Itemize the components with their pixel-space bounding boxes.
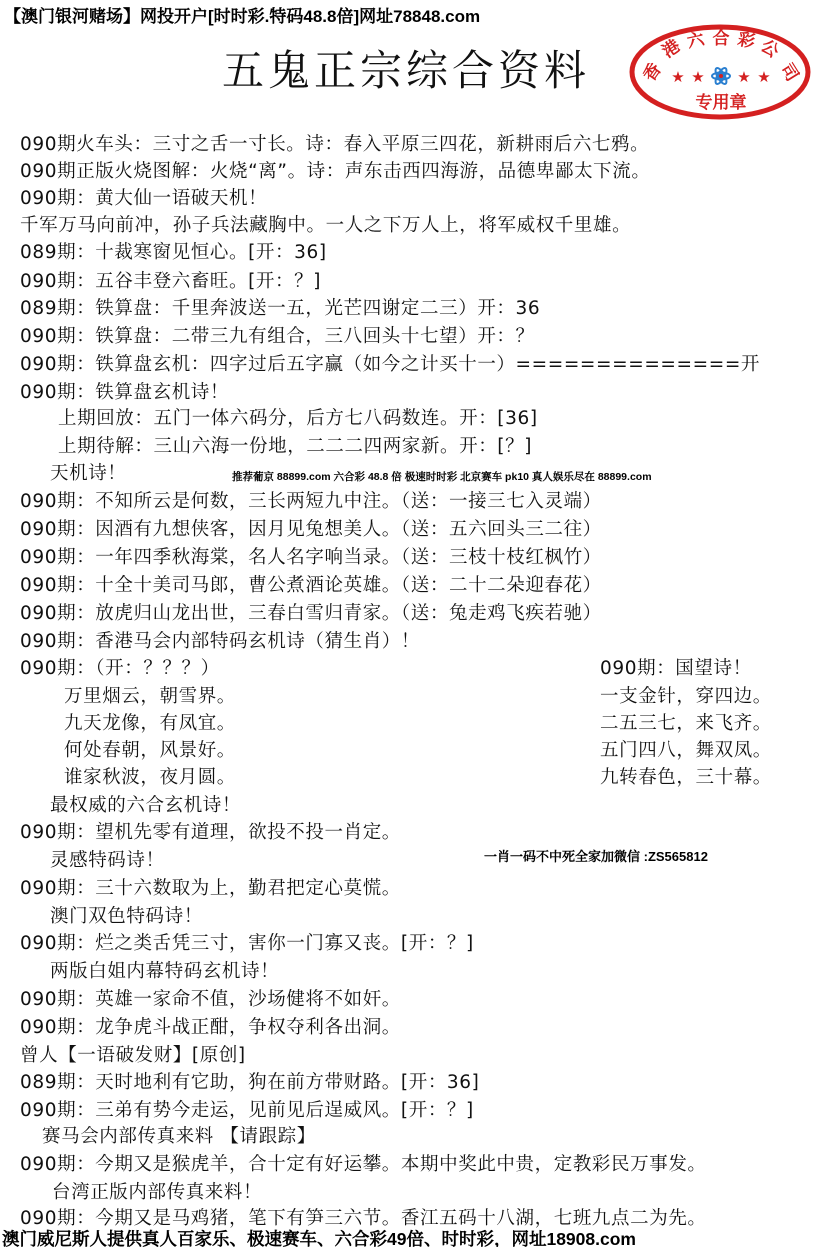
text-line: 上期待解：三山六海一份地，二二二四两家新。开：[？] bbox=[58, 434, 532, 460]
text-line: 澳门双色特码诗！ bbox=[50, 904, 203, 930]
right-poem-line: 一支金针，穿四边。 bbox=[600, 684, 772, 710]
text-line: 090期正版火烧图解：火烧“离”。诗：声东击西四海游，品德卑鄙太下流。 bbox=[20, 159, 650, 185]
text-line: 上期回放：五门一体六码分，后方七八码数连。开：[36] bbox=[58, 406, 538, 432]
text-line: 090期：今期又是猴虎羊，合十定有好运攀。本期中奖此中贵，定教彩民万事发。 bbox=[20, 1152, 707, 1178]
right-poem-title: 090期：国望诗！ bbox=[600, 656, 752, 682]
text-line: 090期：三弟有势今走运，见前见后逞威风。[开：？] bbox=[20, 1098, 474, 1124]
text-line: 089期：十裁寒窗见恒心。[开：36] bbox=[20, 240, 327, 266]
svg-text:★: ★ bbox=[737, 68, 750, 86]
top-ad-banner[interactable]: 【澳门银河赌场】网投开户[时时彩.特码48.8倍]网址78848.com bbox=[4, 2, 480, 27]
text-line: 天机诗！ bbox=[50, 461, 126, 487]
text-line: 090期：英雄一家命不值，沙场健将不如奸。 bbox=[20, 987, 401, 1013]
text-line: 090期：铁算盘：二带三九有组合，三八回头十七望）开：？ bbox=[20, 324, 535, 350]
text-line: 曾人【一语破发财】[原创] bbox=[20, 1043, 246, 1069]
text-line: 090期：望机先零有道理，欲投不投一肖定。 bbox=[20, 820, 401, 846]
text-line: 台湾正版内部传真来料！ bbox=[52, 1180, 262, 1206]
text-line: 090期：龙争虎斗战正酣，争权夺利各出洞。 bbox=[20, 1015, 401, 1041]
mid-ad-link[interactable]: 推荐葡京 88899.com 六合彩 48.8 倍 极速时时彩 北京赛车 pk1… bbox=[232, 469, 652, 484]
text-line: 灵感特码诗！ bbox=[50, 848, 165, 874]
text-line: 090期：（开：？？？） bbox=[20, 656, 220, 682]
right-poem-line: 二五三七，来飞齐。 bbox=[600, 711, 772, 737]
text-line: 090期火车头：三寸之舌一寸长。诗：春入平原三四花，新耕雨后六七鸦。 bbox=[20, 132, 649, 158]
text-line: 090期：三十六数取为上，勤君把定心莫慌。 bbox=[20, 876, 401, 902]
text-line: 两版白姐内幕特码玄机诗！ bbox=[50, 959, 279, 985]
text-line: 万里烟云，朝雪界。 bbox=[64, 684, 236, 710]
text-line: 千军万马向前冲，孙子兵法藏胸中。一人之下万人上，将军威权千里雄。 bbox=[20, 213, 631, 239]
text-line: 090期：黄大仙一语破天机！ bbox=[20, 186, 267, 212]
svg-text:专用章: 专用章 bbox=[696, 92, 747, 113]
text-line: 何处春朝，风景好。 bbox=[64, 738, 236, 764]
text-line: 090期：香港马会内部特码玄机诗（猜生肖）！ bbox=[20, 629, 420, 655]
text-line: 089期：天时地利有它助，狗在前方带财路。[开：36] bbox=[20, 1070, 480, 1096]
svg-text:★: ★ bbox=[691, 68, 704, 86]
text-line: 090期：一年四季秋海棠，名人名字响当录。（送：三枝十枝红枫竹） bbox=[20, 545, 602, 571]
text-line: 090期：烂之类舌凭三寸，害你一门寡又丧。[开：？] bbox=[20, 931, 474, 957]
stamp-icon: 香 港 六 合 彩 公 司 ★★ ★★ 专用章 bbox=[628, 24, 812, 120]
text-line: 赛马会内部传真来料 【请跟踪】 bbox=[42, 1124, 316, 1150]
page-title: 五鬼正宗综合资料 bbox=[222, 38, 590, 98]
text-line: 谁家秋波，夜月圆。 bbox=[64, 765, 236, 791]
svg-text:★: ★ bbox=[757, 68, 770, 86]
company-stamp: 香 港 六 合 彩 公 司 ★★ ★★ 专用章 bbox=[628, 24, 812, 120]
text-line: 090期：因酒有九想侠客，因月见兔想美人。（送：五六回头三二往） bbox=[20, 517, 602, 543]
text-line: 九天龙像，有凤宜。 bbox=[64, 711, 236, 737]
right-poem-line: 五门四八，舞双凤。 bbox=[600, 738, 772, 764]
text-line: 089期：铁算盘：千里奔波送一五，光芒四谢定二三）开：36 bbox=[20, 296, 540, 322]
text-line: 090期：铁算盘玄机：四字过后五字赢（如今之计买十一）=============… bbox=[20, 352, 760, 378]
text-line: 090期：不知所云是何数，三长两短九中注。（送：一接三七入灵端） bbox=[20, 489, 602, 515]
text-line: 090期：放虎归山龙出世，三春白雪归青家。（送：兔走鸡飞疾若驰） bbox=[20, 601, 602, 627]
bottom-ad-banner[interactable]: 澳门威尼斯人提供真人百家乐、极速赛车、六合彩49倍、时时彩，网址18908.co… bbox=[2, 1226, 636, 1247]
svg-text:合: 合 bbox=[713, 28, 730, 49]
svg-text:★: ★ bbox=[671, 68, 684, 86]
text-line: 090期：铁算盘玄机诗！ bbox=[20, 380, 229, 406]
right-poem-line: 九转春色，三十幕。 bbox=[600, 765, 772, 791]
text-line: 最权威的六合玄机诗！ bbox=[50, 793, 241, 819]
text-line: 090期：十全十美司马郎，曹公煮酒论英雄。（送：二十二朵迎春花） bbox=[20, 573, 602, 599]
wechat-ad: 一肖一码不中死全家加微信 :ZS565812 bbox=[484, 846, 708, 865]
text-line: 090期：五谷丰登六畜旺。[开：？] bbox=[20, 269, 321, 295]
